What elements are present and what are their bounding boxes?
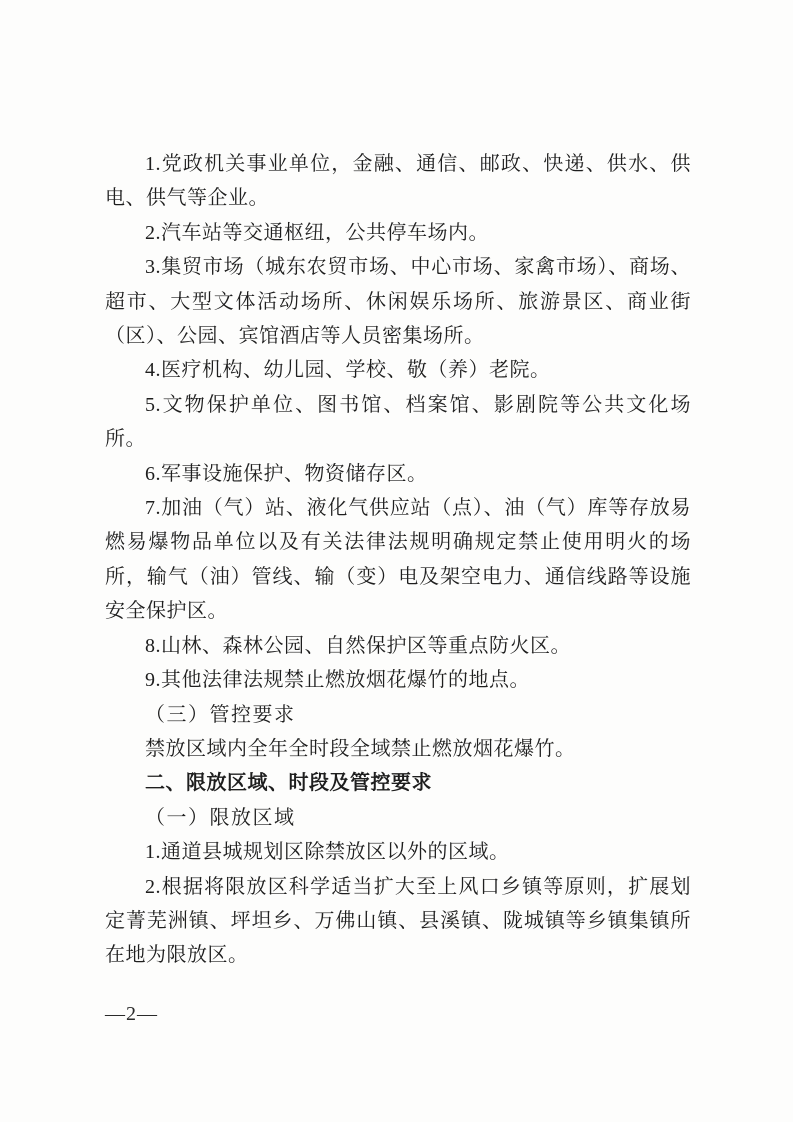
banned-area-item-9: 9.其他法律法规禁止燃放烟花爆竹的地点。 (105, 663, 691, 697)
control-requirements-subheading: （三）管控要求 (105, 698, 691, 732)
banned-area-item-6: 6.军事设施保护、物资储存区。 (105, 457, 691, 491)
document-page: 1.党政机关事业单位，金融、通信、邮政、快递、供水、供电、供气等企业。 2.汽车… (0, 0, 793, 1122)
banned-area-item-5: 5.文物保护单位、图书馆、档案馆、影剧院等公共文化场所。 (105, 388, 691, 457)
page-number: —2— (105, 1003, 158, 1026)
banned-area-item-7: 7.加油（气）站、液化气供应站（点）、油（气）库等存放易燃易爆物品单位以及有关法… (105, 491, 691, 629)
control-requirements-text: 禁放区域内全年全时段全域禁止燃放烟花爆竹。 (105, 732, 691, 766)
restricted-area-subheading: （一）限放区域 (105, 801, 691, 835)
document-body: 1.党政机关事业单位，金融、通信、邮政、快递、供水、供电、供气等企业。 2.汽车… (105, 147, 691, 973)
section-2-heading: 二、限放区域、时段及管控要求 (105, 766, 691, 800)
banned-area-item-1: 1.党政机关事业单位，金融、通信、邮政、快递、供水、供电、供气等企业。 (105, 147, 691, 216)
restricted-area-item-2: 2.根据将限放区科学适当扩大至上风口乡镇等原则，扩展划定菁芜洲镇、坪坦乡、万佛山… (105, 870, 691, 973)
banned-area-item-8: 8.山林、森林公园、自然保护区等重点防火区。 (105, 629, 691, 663)
restricted-area-item-1: 1.通道县城规划区除禁放区以外的区域。 (105, 835, 691, 869)
banned-area-item-3: 3.集贸市场（城东农贸市场、中心市场、家禽市场）、商场、超市、大型文体活动场所、… (105, 250, 691, 353)
banned-area-item-2: 2.汽车站等交通枢纽，公共停车场内。 (105, 216, 691, 250)
banned-area-item-4: 4.医疗机构、幼儿园、学校、敬（养）老院。 (105, 353, 691, 387)
